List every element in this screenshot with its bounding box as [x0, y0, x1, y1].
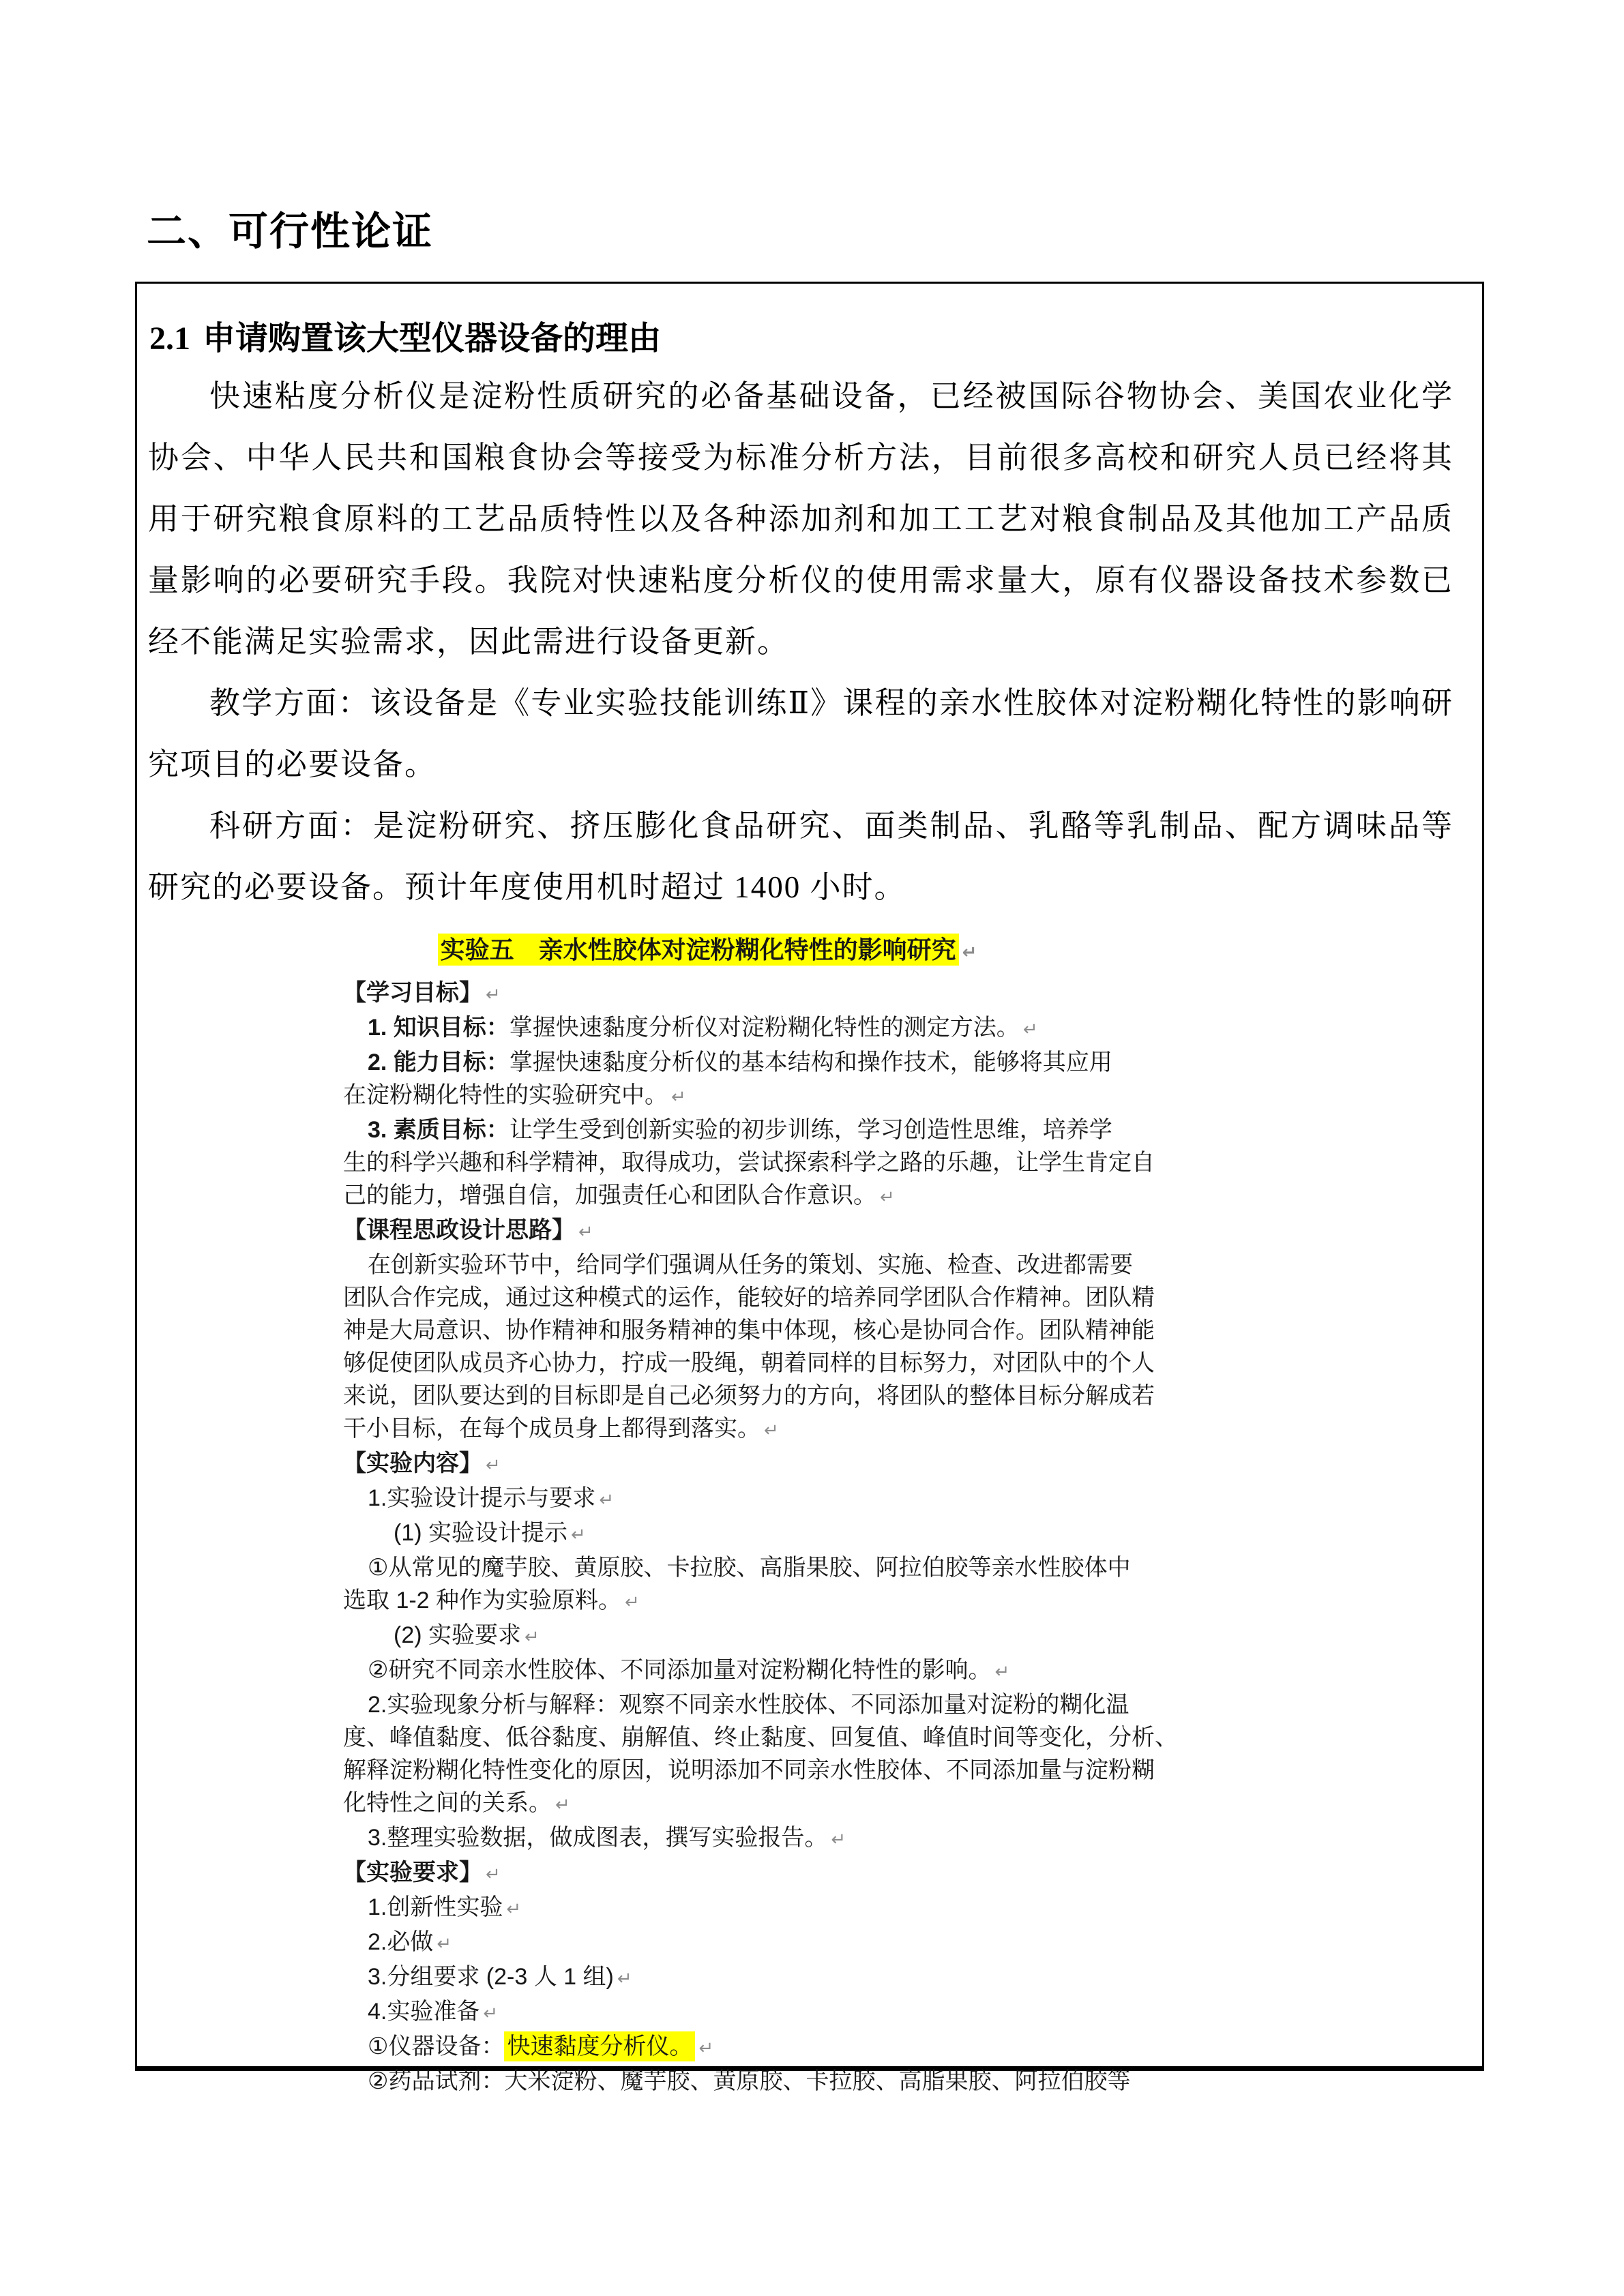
- embedded-line: ②研究不同亲水性胶体、不同添加量对淀粉糊化特性的影响。↵: [343, 1654, 1072, 1688]
- return-mark-icon: ↵: [486, 1864, 501, 1885]
- return-mark-icon: ↵: [617, 1969, 632, 1989]
- embedded-line: ①仪器设备：快速黏度分析仪。↵: [343, 2030, 1072, 2065]
- return-mark-icon: ↵: [994, 1662, 1009, 1682]
- return-mark-icon: ↵: [525, 1627, 540, 1648]
- embedded-line: 干小目标，在每个成员身上都得到落实。↵: [343, 1412, 1072, 1447]
- experiment-title-line: 实验五 亲水性胶体对淀粉糊化特性的影响研究↵: [343, 934, 1072, 968]
- return-mark-icon: ↵: [486, 985, 501, 1005]
- return-mark-icon: ↵: [698, 2038, 713, 2059]
- embedded-line: 在创新实验环节中，给同学们强调从任务的策划、实施、检查、改进都需要: [343, 1249, 1072, 1281]
- embedded-line: 1. 知识目标：掌握快速黏度分析仪对淀粉糊化特性的测定方法。↵: [343, 1011, 1072, 1046]
- return-mark-icon: ↵: [764, 1420, 779, 1441]
- return-mark-icon: ↵: [437, 1934, 452, 1954]
- embedded-line: (1) 实验设计提示↵: [343, 1517, 1072, 1551]
- embedded-line: 选取 1-2 种作为实验原料。↵: [343, 1584, 1072, 1619]
- embedded-line: 3.分组要求 (2-3 人 1 组)↵: [343, 1960, 1072, 1995]
- return-mark-icon: ↵: [962, 942, 977, 963]
- embedded-lines: 【学习目标】↵1. 知识目标：掌握快速黏度分析仪对淀粉糊化特性的测定方法。↵2.…: [343, 976, 1072, 2098]
- embedded-line: ②药品试剂：大米淀粉、魔芋胶、黄原胶、卡拉胶、高脂果胶、阿拉伯胶等: [343, 2065, 1072, 2098]
- embedded-line: ①从常见的魔芋胶、黄原胶、卡拉胶、高脂果胶、阿拉伯胶等亲水性胶体中: [343, 1551, 1072, 1584]
- embedded-line: 生的科学兴趣和科学精神，取得成功，尝试探索科学之路的乐趣，让学生肯定自: [343, 1146, 1072, 1179]
- embedded-line: 【课程思政设计思路】↵: [343, 1214, 1072, 1249]
- embedded-line: 【实验内容】↵: [343, 1447, 1072, 1482]
- return-mark-icon: ↵: [506, 1899, 521, 1920]
- embedded-line: 3.整理实验数据，做成图表，撰写实验报告。↵: [343, 1821, 1072, 1856]
- embedded-line: 2.实验现象分析与解释：观察不同亲水性胶体、不同添加量对淀粉的糊化温: [343, 1688, 1072, 1721]
- embedded-line: 2.必做↵: [343, 1926, 1072, 1960]
- section-heading-number: 2.1: [149, 320, 190, 357]
- embedded-line: 度、峰值黏度、低谷黏度、崩解值、终止黏度、回复值、峰值时间等变化，分析、: [343, 1721, 1072, 1754]
- embedded-line: 1.实验设计提示与要求↵: [343, 1482, 1072, 1517]
- return-mark-icon: ↵: [880, 1187, 895, 1208]
- embedded-line: 3. 素质目标：让学生受到创新实验的初步训练，学习创造性思维，培养学: [343, 1114, 1072, 1146]
- document-page: { "page": { "title": "二、可行性论证" }, "secti…: [0, 0, 1624, 2296]
- embedded-line: (2) 实验要求↵: [343, 1619, 1072, 1654]
- return-mark-icon: ↵: [1023, 1019, 1038, 1040]
- embedded-line: 己的能力，增强自信，加强责任心和团队合作意识。↵: [343, 1179, 1072, 1214]
- embedded-line: 解释淀粉糊化特性变化的原因，说明添加不同亲水性胶体、不同添加量与淀粉糊: [343, 1754, 1072, 1787]
- paragraph-reason: 快速粘度分析仪是淀粉性质研究的必备基础设备，已经被国际谷物协会、美国农业化学协会…: [148, 366, 1453, 672]
- embedded-line: 化特性之间的关系。↵: [343, 1787, 1072, 1821]
- section-heading: 2.1申请购置该大型仪器设备的理由: [137, 284, 1482, 359]
- experiment-title-highlight: 实验五 亲水性胶体对淀粉糊化特性的影响研究: [438, 934, 959, 966]
- embedded-line: 【学习目标】↵: [343, 976, 1072, 1011]
- return-mark-icon: ↵: [599, 1490, 614, 1510]
- return-mark-icon: ↵: [831, 1830, 846, 1850]
- return-mark-icon: ↵: [486, 1455, 501, 1476]
- paragraph-research: 科研方面：是淀粉研究、挤压膨化食品研究、面类制品、乳酪等乳制品、配方调味品等研究…: [148, 795, 1453, 918]
- embedded-line: 团队合作完成，通过这种模式的运作，能较好的培养同学团队合作精神。团队精: [343, 1281, 1072, 1314]
- return-mark-icon: ↵: [555, 1795, 570, 1815]
- feasibility-box: 2.1申请购置该大型仪器设备的理由 快速粘度分析仪是淀粉性质研究的必备基础设备，…: [135, 282, 1484, 2071]
- embedded-line: 4.实验准备↵: [343, 1995, 1072, 2030]
- embedded-line: 【实验要求】↵: [343, 1856, 1072, 1891]
- section-body: 快速粘度分析仪是淀粉性质研究的必备基础设备，已经被国际谷物协会、美国农业化学协会…: [148, 366, 1453, 918]
- page-title: 二、可行性论证: [147, 199, 433, 256]
- paragraph-teaching: 教学方面：该设备是《专业实验技能训练Ⅱ》课程的亲水性胶体对淀粉糊化特性的影响研究…: [148, 672, 1453, 795]
- embedded-line: 来说，团队要达到的目标即是自己必须努力的方向，将团队的整体目标分解成若: [343, 1380, 1072, 1412]
- section-heading-text: 申请购置该大型仪器设备的理由: [203, 320, 661, 357]
- return-mark-icon: ↵: [578, 1222, 593, 1242]
- return-mark-icon: ↵: [671, 1087, 686, 1107]
- embedded-line: 在淀粉糊化特性的实验研究中。↵: [343, 1079, 1072, 1114]
- return-mark-icon: ↵: [571, 1525, 586, 1545]
- embedded-line: 神是大局意识、协作精神和服务精神的集中体现，核心是协同合作。团队精神能: [343, 1314, 1072, 1347]
- equipment-highlight: 快速黏度分析仪。: [504, 2031, 695, 2061]
- return-mark-icon: ↵: [483, 2003, 498, 2024]
- return-mark-icon: ↵: [625, 1592, 640, 1613]
- embedded-line: 1.创新性实验↵: [343, 1891, 1072, 1926]
- embedded-line: 够促使团队成员齐心协力，拧成一股绳，朝着同样的目标努力，对团队中的个人: [343, 1347, 1072, 1380]
- embedded-line: 2. 能力目标：掌握快速黏度分析仪的基本结构和操作技术，能够将其应用: [343, 1046, 1072, 1079]
- embedded-experiment-sheet: 实验五 亲水性胶体对淀粉糊化特性的影响研究↵ 【学习目标】↵1. 知识目标：掌握…: [343, 934, 1072, 2098]
